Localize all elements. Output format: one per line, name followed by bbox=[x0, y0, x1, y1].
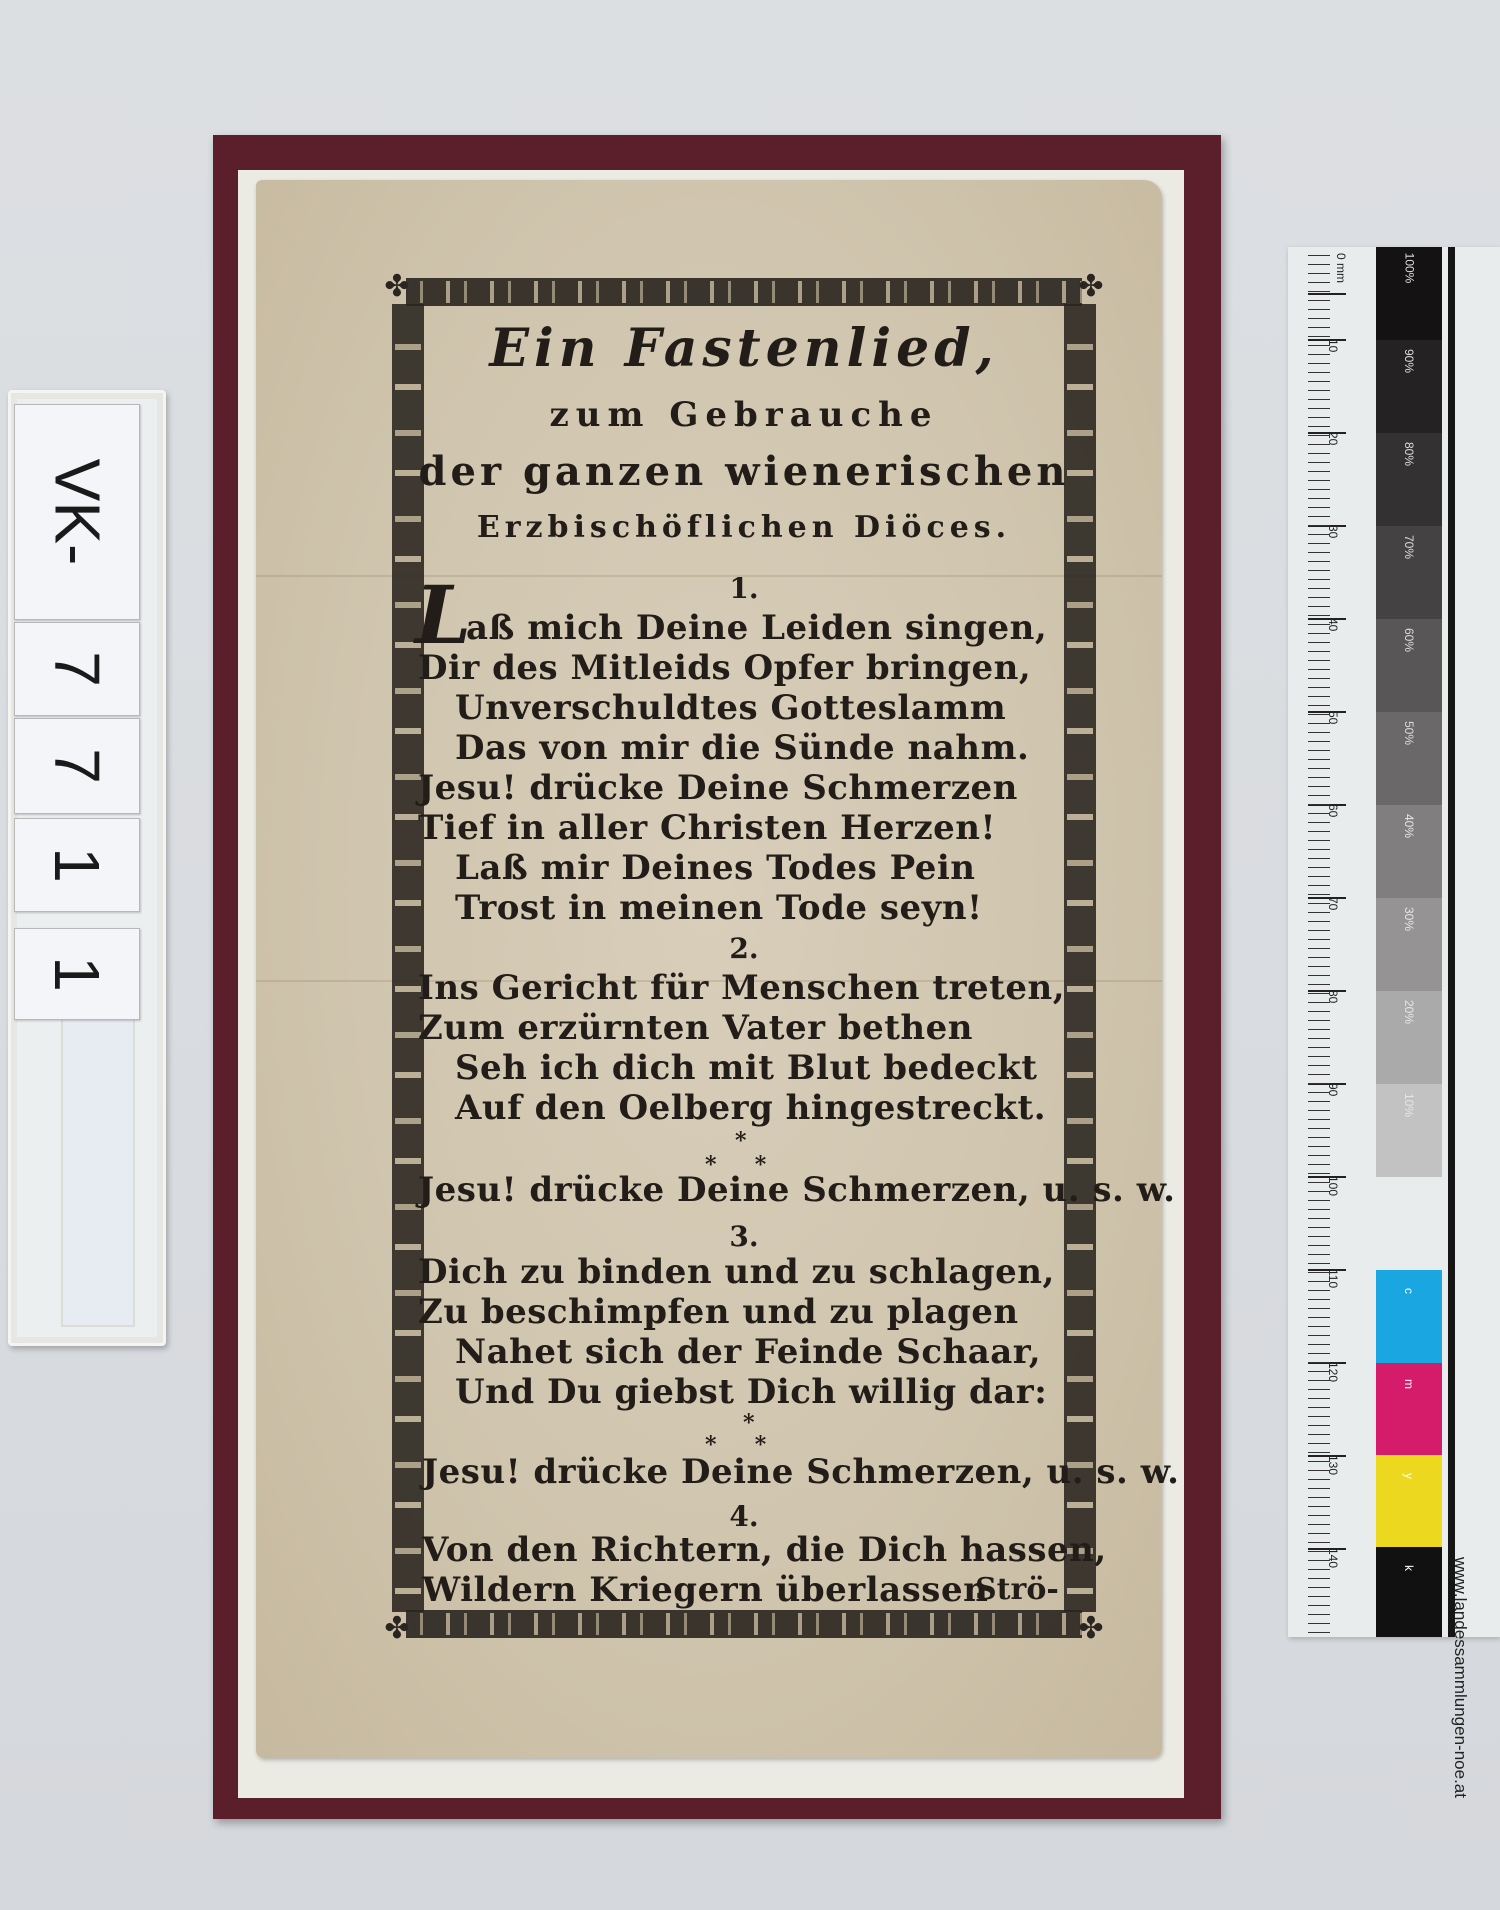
corner-ornament-icon: ✤ bbox=[382, 272, 412, 302]
catchword: Strö- bbox=[975, 1572, 1059, 1607]
gray-swatch-90: 90% bbox=[1376, 340, 1442, 433]
verse-line: Seh ich dich mit Blut bedeckt bbox=[455, 1048, 1038, 1088]
gray-swatch-70: 70% bbox=[1376, 526, 1442, 619]
gray-swatch-20: 20% bbox=[1376, 991, 1442, 1084]
cyan-swatch: c bbox=[1376, 1270, 1442, 1363]
color-scale-card: 0 mm 10 20 30 40 50 60 70 80 90 100 110 … bbox=[1288, 247, 1500, 1637]
scale-divider-line bbox=[1448, 247, 1455, 1637]
corner-ornament-icon: ✤ bbox=[1076, 272, 1106, 302]
verse-line: Dich zu binden und zu schlagen, bbox=[418, 1252, 1055, 1292]
corner-ornament-icon: ✤ bbox=[1076, 1614, 1106, 1644]
gray-swatch-80: 80% bbox=[1376, 433, 1442, 526]
label-slot bbox=[61, 1003, 135, 1327]
verse-number: 3. bbox=[388, 1220, 1100, 1253]
document-subtitle: der ganzen wienerischen bbox=[388, 448, 1100, 495]
label-tile-digit: 1 bbox=[14, 818, 140, 912]
verse-line: Zum erzürnten Vater bethen bbox=[418, 1008, 973, 1048]
verse-line: Das von mir die Sünde nahm. bbox=[455, 728, 1029, 768]
verse-line: Ins Gericht für Menschen treten, bbox=[418, 968, 1065, 1008]
document-subtitle: zum Gebrauche bbox=[388, 395, 1100, 435]
document-title: Ein Fastenlied, bbox=[388, 318, 1100, 379]
label-tile-digit: 7 bbox=[14, 718, 140, 814]
label-tile-prefix: VK- bbox=[14, 404, 140, 620]
refrain-line: Jesu! drücke Deine Schmerzen, u. s. w. bbox=[422, 1452, 1179, 1492]
border-top bbox=[406, 278, 1082, 306]
gray-swatch-40: 40% bbox=[1376, 805, 1442, 898]
label-tile-digit: 1 bbox=[14, 928, 140, 1020]
document-subtitle: Erzbischöflichen Diöces. bbox=[388, 510, 1100, 545]
ruler-minor-ticks bbox=[1308, 247, 1330, 1637]
gray-swatch-50: 50% bbox=[1376, 712, 1442, 805]
corner-ornament-icon: ✤ bbox=[382, 1614, 412, 1644]
black-swatch: k bbox=[1376, 1547, 1442, 1637]
magenta-swatch: m bbox=[1376, 1363, 1442, 1455]
verse-line: Jesu! drücke Deine Schmerzen bbox=[418, 768, 1018, 808]
asterism: * bbox=[735, 1128, 747, 1154]
border-bottom bbox=[406, 1610, 1082, 1638]
verse-line: Auf den Oelberg hingestreckt. bbox=[455, 1088, 1046, 1128]
verse-line: Laß mir Deines Todes Pein bbox=[455, 848, 976, 888]
verse-number: 4. bbox=[388, 1500, 1100, 1533]
verse-line: Von den Richtern, die Dich hassen, bbox=[422, 1530, 1107, 1570]
institution-url: www.landessammlungen-noe.at bbox=[1450, 1557, 1470, 1798]
gray-swatch-60: 60% bbox=[1376, 619, 1442, 712]
verse-number: 1. bbox=[388, 572, 1100, 605]
verse-number: 2. bbox=[388, 932, 1100, 965]
gray-swatch-30: 30% bbox=[1376, 898, 1442, 991]
yellow-swatch: y bbox=[1376, 1455, 1442, 1547]
label-tile-digit: 7 bbox=[14, 622, 140, 716]
verse-line: aß mich Deine Leiden singen, bbox=[466, 608, 1047, 648]
refrain-line: Jesu! drücke Deine Schmerzen, u. s. w. bbox=[418, 1170, 1175, 1210]
verse-line: Unverschuldtes Gotteslamm bbox=[455, 688, 1006, 728]
gray-swatch-10: 10% bbox=[1376, 1084, 1442, 1177]
verse-line: Dir des Mitleids Opfer bringen, bbox=[418, 648, 1031, 688]
verse-line: Wildern Kriegern überlassen bbox=[422, 1570, 988, 1610]
verse-line: Nahet sich der Feinde Schaar, bbox=[455, 1332, 1041, 1372]
mm-ruler: 0 mm 10 20 30 40 50 60 70 80 90 100 110 … bbox=[1288, 247, 1368, 1637]
verse-line: Trost in meinen Tode seyn! bbox=[455, 888, 983, 928]
ruler-unit-label: 0 mm bbox=[1334, 253, 1348, 283]
verse-line: Tief in aller Christen Herzen! bbox=[418, 808, 996, 848]
verse-line: Und Du giebst Dich willig dar: bbox=[455, 1372, 1047, 1412]
verse-line: Zu beschimpfen und zu plagen bbox=[418, 1292, 1019, 1332]
gray-swatch-100: 100% bbox=[1376, 247, 1442, 340]
